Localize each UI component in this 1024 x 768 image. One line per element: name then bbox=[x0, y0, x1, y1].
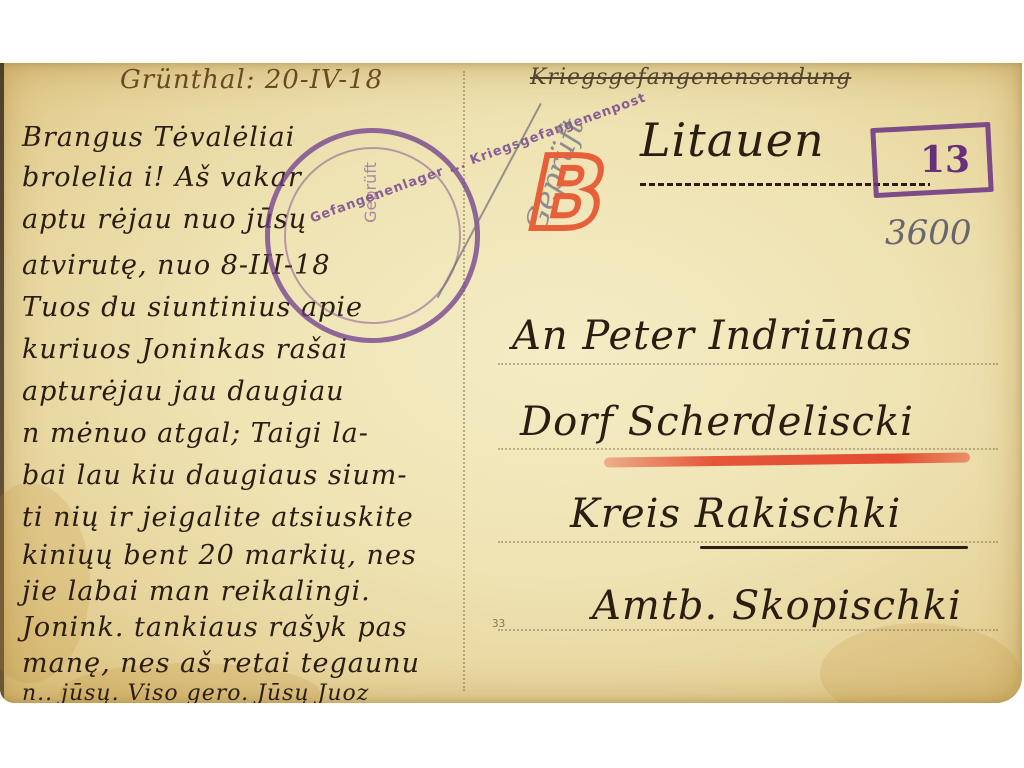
message-line: Jonink. tankiaus rašyk pas bbox=[22, 611, 408, 645]
message-line: Brangus Tėvalėliai bbox=[22, 121, 295, 155]
message-line: ti nių ir jeigalite atsiuskite bbox=[22, 501, 414, 535]
message-line: brolelia i! Aš vakar bbox=[22, 161, 302, 195]
round-stamp-center: Geprüft bbox=[361, 162, 380, 223]
place-date: Grünthal: 20-IV-18 bbox=[120, 65, 383, 95]
address-district: Kreis Rakischki bbox=[570, 491, 901, 537]
message-line: jie labai man reikalingi. bbox=[22, 575, 371, 609]
crossed-printed-line: Kriegsgefangenensendung bbox=[530, 65, 851, 90]
message-line: bai lau kiu daugiaus sium- bbox=[22, 459, 408, 493]
message-line: kuriuos Joninkas rašai bbox=[22, 333, 348, 367]
address-line bbox=[498, 629, 998, 631]
address-line bbox=[498, 448, 998, 450]
address-recipient: An Peter Indriūnas bbox=[512, 313, 913, 359]
red-letter-b: B bbox=[518, 135, 619, 252]
message-line: manę, nes aš retai tegaunu bbox=[22, 647, 420, 681]
red-crayon-underline bbox=[604, 452, 970, 467]
district-underline bbox=[700, 546, 968, 549]
pencil-number: 3600 bbox=[885, 213, 972, 253]
paper-stain bbox=[820, 623, 1020, 703]
address-line bbox=[498, 363, 998, 365]
stamp-number: 13 bbox=[920, 139, 970, 181]
message-line: n mėnuo atgal; Taigi la- bbox=[22, 417, 369, 451]
message-line: apturėjau jau daugiau bbox=[22, 375, 345, 409]
message-line: n.. jūsų. Viso gero. Jūsų Juoz bbox=[22, 677, 369, 703]
message-line: kiniųų bent 20 markių, nes bbox=[22, 539, 417, 573]
address-village: Dorf Scherdeliscki bbox=[520, 399, 914, 445]
printer-mark: 33 bbox=[492, 617, 505, 630]
censor-round-stamp bbox=[265, 128, 480, 343]
postcard: Grünthal: 20-IV-18 Kriegsgefangenensendu… bbox=[0, 63, 1022, 703]
destination-country: Litauen bbox=[640, 113, 825, 167]
address-line bbox=[498, 541, 998, 543]
address-post-office: Amtb. Skopischki bbox=[592, 583, 962, 629]
